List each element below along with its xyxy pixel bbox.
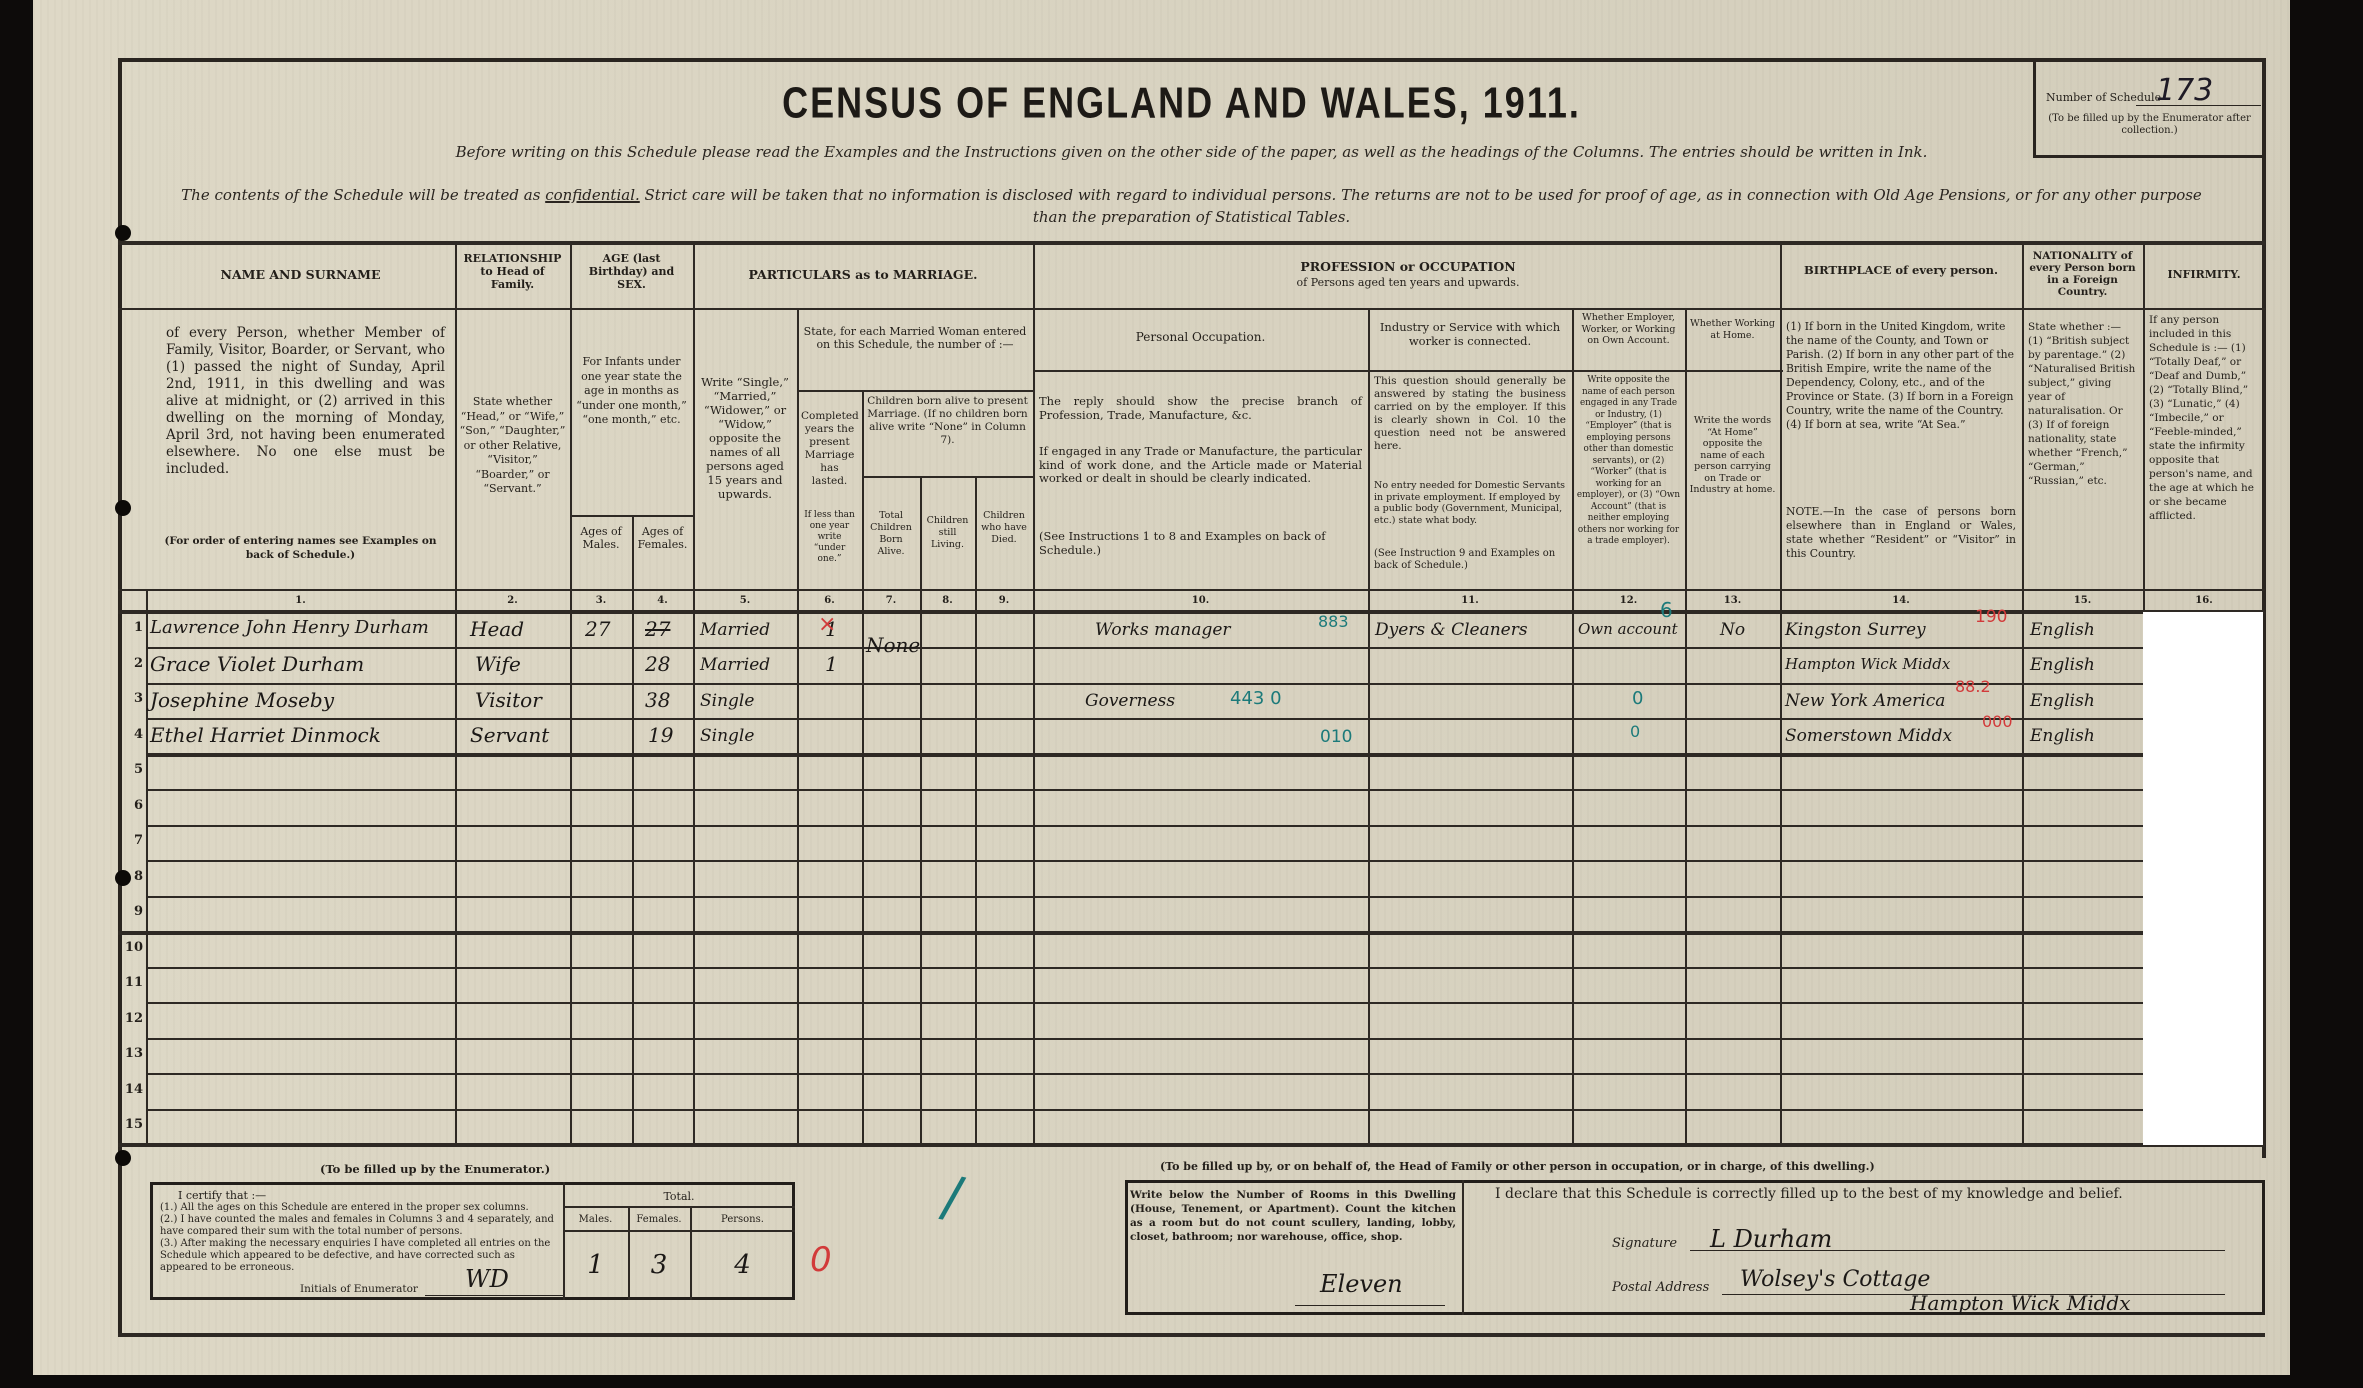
row4-occupation-code: 010 bbox=[1320, 727, 1352, 747]
col-number: 7. bbox=[862, 590, 920, 612]
row3-relationship: Visitor bbox=[475, 688, 542, 712]
col6-note: If less than one year write “under one.” bbox=[797, 510, 862, 565]
col5-heading: PARTICULARS as to MARRIAGE. bbox=[693, 268, 1033, 282]
row-line bbox=[146, 967, 2143, 969]
row-line bbox=[146, 753, 2143, 757]
row4-birthplace-code: 000 bbox=[1982, 712, 2013, 731]
col13-title: Whether Working at Home. bbox=[1685, 318, 1780, 341]
row2-age-female: 28 bbox=[645, 652, 670, 676]
row1-children-born: None bbox=[866, 633, 920, 657]
col14-note: NOTE.—In the case of persons born elsewh… bbox=[1780, 505, 2022, 561]
persons-label: Persons. bbox=[690, 1213, 795, 1226]
row-number: 10 bbox=[118, 940, 146, 955]
col-number: 1. bbox=[146, 590, 455, 612]
col2-heading: RELATIONSHIP to Head of Family. bbox=[455, 252, 570, 291]
col15-heading: NATIONALITY of every Person born in a Fo… bbox=[2022, 250, 2143, 298]
row1-relationship: Head bbox=[470, 617, 524, 641]
enumerator-certify: I certify that :— bbox=[178, 1189, 266, 1202]
married-woman-divider bbox=[797, 390, 1033, 392]
signature-label: Signature bbox=[1612, 1237, 1677, 1250]
row1-marriage: Married bbox=[700, 620, 770, 640]
frame-bottom bbox=[118, 1333, 2265, 1337]
col-number: 16. bbox=[2143, 590, 2265, 612]
row-line bbox=[118, 931, 2143, 935]
total-label: Total. bbox=[563, 1190, 795, 1203]
head-label: (To be filled up by, or on behalf of, th… bbox=[1160, 1160, 1875, 1173]
children-group: Children born alive to present Marriage.… bbox=[862, 395, 1033, 447]
row2-birthplace: Hampton Wick Middx bbox=[1785, 655, 1950, 673]
row3-birthplace: New York America bbox=[1785, 691, 1945, 711]
enumerator-item1: (1.) All the ages on this Schedule are e… bbox=[160, 1202, 565, 1214]
col4-sub: Ages of Females. bbox=[632, 525, 693, 551]
col-line bbox=[1033, 243, 1035, 1145]
total-males: 1 bbox=[563, 1250, 628, 1280]
col-number: 15. bbox=[2022, 590, 2143, 612]
row-line bbox=[146, 860, 2143, 862]
row3-birthplace-code: 88.2 bbox=[1955, 677, 1991, 696]
col-line bbox=[146, 590, 148, 1145]
row1-birthplace-code: 190 bbox=[1975, 607, 2007, 627]
row-number: 13 bbox=[118, 1046, 146, 1061]
col1-heading: NAME AND SURNAME bbox=[146, 268, 455, 282]
col5-body: Write “Single,” “Married,” “Widower,” or… bbox=[693, 375, 797, 501]
confidential-word: confidential. bbox=[545, 186, 640, 204]
address-line1: Wolsey's Cottage bbox=[1740, 1267, 1930, 1292]
col3-body: For Infants under one year state the age… bbox=[570, 355, 693, 428]
row3-occupation: Governess bbox=[1085, 691, 1175, 711]
col13-body: Write the words “At Home” opposite the n… bbox=[1685, 415, 1780, 496]
total-females: 3 bbox=[628, 1250, 690, 1280]
row2-relationship: Wife bbox=[475, 652, 521, 676]
married-woman-group: State, for each Married Woman entered on… bbox=[797, 325, 1033, 351]
col7-body: Total Children Born Alive. bbox=[862, 510, 920, 558]
red-cross-mark: × bbox=[818, 612, 836, 637]
initials-label: Initials of Enumerator bbox=[300, 1283, 418, 1296]
row-line bbox=[146, 683, 2143, 685]
occupation-heading-sub: of Persons aged ten years and upwards. bbox=[1033, 276, 1783, 290]
row-number: 1 bbox=[118, 620, 146, 635]
rooms-value: Eleven bbox=[1320, 1270, 1403, 1298]
col-number: 11. bbox=[1368, 590, 1572, 612]
row1-name: Lawrence John Henry Durham bbox=[150, 617, 429, 638]
row2-marriage: Married bbox=[700, 655, 770, 675]
row-number: 11 bbox=[118, 975, 146, 990]
punch-hole bbox=[115, 500, 131, 516]
row3-employment-code: 0 bbox=[1632, 688, 1643, 709]
col11-body: This question should generally be answer… bbox=[1368, 375, 1572, 453]
col10-note: (See Instructions 1 to 8 and Examples on… bbox=[1033, 530, 1368, 557]
col14-heading: BIRTHPLACE of every person. bbox=[1780, 263, 2022, 277]
redacted-infirmity-column bbox=[2143, 612, 2263, 1145]
col15-body: State whether :— (1) “British subject by… bbox=[2022, 320, 2143, 488]
col-number: 4. bbox=[632, 590, 693, 612]
row-number: 4 bbox=[118, 727, 146, 742]
declaration-text: I declare that this Schedule is correctl… bbox=[1495, 1188, 2123, 1201]
col10-body2: If engaged in any Trade or Manufacture, … bbox=[1033, 445, 1368, 486]
schedule-number-value: 173 bbox=[2156, 73, 2213, 108]
row-line bbox=[146, 1073, 2143, 1075]
schedule-number-box: Number of Schedule 173 (To be filled up … bbox=[2033, 58, 2265, 158]
col-number: 2. bbox=[455, 590, 570, 612]
col-number: 3. bbox=[570, 590, 632, 612]
row-number: 14 bbox=[118, 1082, 146, 1097]
row-number: 9 bbox=[118, 904, 146, 919]
row4-relationship: Servant bbox=[470, 723, 549, 747]
total-persons: 4 bbox=[690, 1250, 795, 1280]
row4-nationality: English bbox=[2030, 726, 2095, 746]
instruction-line: Before writing on this Schedule please r… bbox=[118, 143, 2265, 161]
row4-birthplace: Somerstown Middx bbox=[1785, 726, 1952, 746]
page-title: CENSUS OF ENGLAND AND WALES, 1911. bbox=[0, 78, 2363, 128]
row3-nationality: English bbox=[2030, 691, 2095, 711]
row4-marriage: Single bbox=[700, 726, 754, 746]
row-number: 6 bbox=[118, 798, 146, 813]
schedule-number-label: Number of Schedule bbox=[2046, 91, 2161, 104]
col3-heading: AGE (last Birthday) and SEX. bbox=[570, 252, 693, 291]
row3-name: Josephine Moseby bbox=[150, 688, 334, 712]
red-zero-mark: 0 bbox=[810, 1240, 832, 1280]
initials-line bbox=[425, 1295, 563, 1296]
row4-name: Ethel Harriet Dinmock bbox=[150, 723, 381, 747]
row-number: 8 bbox=[118, 869, 146, 884]
row4-age-female: 19 bbox=[648, 723, 673, 747]
col-number: 10. bbox=[1033, 590, 1368, 612]
header-divider bbox=[118, 308, 2265, 310]
row1-employment-code: 6 bbox=[1660, 598, 1673, 622]
col-number: 13. bbox=[1685, 590, 1780, 612]
row2-years-married: 1 bbox=[825, 652, 838, 676]
row1-age-female-struck: 27 bbox=[645, 617, 670, 641]
row3-age-female: 38 bbox=[645, 688, 670, 712]
males-label: Males. bbox=[563, 1213, 628, 1226]
row-line bbox=[146, 896, 2143, 898]
row-line bbox=[146, 1038, 2143, 1040]
enumerator-initials: WD bbox=[465, 1265, 509, 1293]
row-number: 15 bbox=[118, 1117, 146, 1132]
confidential-rest: Strict care will be taken that no inform… bbox=[640, 186, 2202, 204]
row1-at-home: No bbox=[1720, 620, 1745, 640]
row-number: 3 bbox=[118, 691, 146, 706]
row-line bbox=[146, 718, 2143, 720]
row1-occupation: Works manager bbox=[1095, 620, 1231, 640]
occupation-heading: PROFESSION or OCCUPATION bbox=[1033, 260, 1783, 274]
row1-nationality: English bbox=[2030, 620, 2095, 640]
signature-value: L Durham bbox=[1710, 1225, 1832, 1253]
col10-title: Personal Occupation. bbox=[1033, 330, 1368, 344]
row1-birthplace: Kingston Surrey bbox=[1785, 620, 1926, 640]
rooms-line bbox=[1295, 1305, 1445, 1306]
row2-name: Grace Violet Durham bbox=[150, 652, 364, 676]
confidential-line: The contents of the Schedule will be tre… bbox=[118, 186, 2265, 204]
col16-body: If any person included in this Schedule … bbox=[2143, 313, 2265, 523]
row1-age-male: 27 bbox=[585, 617, 610, 641]
col-line bbox=[975, 476, 977, 1145]
col3-sub: Ages of Males. bbox=[570, 525, 632, 551]
head-box-divider bbox=[1462, 1180, 1464, 1315]
address-line2: Hampton Wick Middx bbox=[1910, 1291, 2131, 1315]
col11-body2: No entry needed for Domestic Servants in… bbox=[1368, 480, 1572, 526]
col6-body: Completed years the present Marriage has… bbox=[797, 410, 862, 488]
row1-industry: Dyers & Cleaners bbox=[1375, 620, 1528, 640]
col-line bbox=[455, 243, 457, 1145]
row-line bbox=[146, 825, 2143, 827]
females-label: Females. bbox=[628, 1213, 690, 1226]
row-line bbox=[146, 1109, 2143, 1111]
row-number: 7 bbox=[118, 833, 146, 848]
col16-heading: INFIRMITY. bbox=[2143, 268, 2265, 282]
row-number: 12 bbox=[118, 1011, 146, 1026]
col1-note: (For order of entering names see Example… bbox=[146, 535, 455, 562]
col-number: 8. bbox=[920, 590, 975, 612]
occupation-subdivider bbox=[1033, 370, 1783, 372]
col-number: 9. bbox=[975, 590, 1033, 612]
punch-hole bbox=[115, 225, 131, 241]
col12-body: Write opposite the name of each person e… bbox=[1572, 375, 1685, 548]
confidential-line-2: than the preparation of Statistical Tabl… bbox=[118, 208, 2265, 226]
row-number: 5 bbox=[118, 762, 146, 777]
rooms-instruction: Write below the Number of Rooms in this … bbox=[1130, 1188, 1456, 1244]
col11-title: Industry or Service with which worker is… bbox=[1368, 320, 1572, 348]
col12-title: Whether Employer, Worker, or Working on … bbox=[1572, 312, 1685, 347]
col-number: 6. bbox=[797, 590, 862, 612]
col-line bbox=[920, 476, 922, 1145]
row-line bbox=[146, 789, 2143, 791]
col9-body: Children who have Died. bbox=[975, 510, 1033, 546]
enumerator-label: (To be filled up by the Enumerator.) bbox=[320, 1162, 550, 1176]
col11-note: (See Instruction 9 and Examples on back … bbox=[1368, 548, 1572, 572]
row-line bbox=[146, 647, 2143, 649]
col1-body: of every Person, whether Member of Famil… bbox=[146, 325, 455, 478]
col-line bbox=[862, 390, 864, 1145]
grid-top-line bbox=[118, 241, 2265, 245]
confidential-prefix: The contents of the Schedule will be tre… bbox=[181, 186, 545, 204]
total-header-line bbox=[563, 1206, 795, 1208]
col-number: 5. bbox=[693, 590, 797, 612]
punch-hole bbox=[115, 1150, 131, 1166]
grid-bottom-line bbox=[118, 1143, 2265, 1147]
col2-body: State whether “Head,” or “Wife,” “Son,” … bbox=[455, 395, 570, 497]
row1-employment: Own account bbox=[1578, 620, 1678, 638]
row-line bbox=[146, 1002, 2143, 1004]
schedule-number-note: (To be filled up by the Enumerator after… bbox=[2042, 113, 2257, 137]
row3-marriage: Single bbox=[700, 691, 754, 711]
row2-nationality: English bbox=[2030, 655, 2095, 675]
row3-occupation-code: 443 0 bbox=[1230, 688, 1282, 709]
children-divider bbox=[862, 476, 1033, 478]
total-sub-line bbox=[563, 1230, 795, 1232]
row4-employment-code: 0 bbox=[1630, 722, 1640, 741]
col8-body: Children still Living. bbox=[920, 515, 975, 551]
col14-body: (1) If born in the United Kingdom, write… bbox=[1780, 320, 2022, 432]
row1-occupation-code: 883 bbox=[1318, 612, 1349, 631]
col10-body: The reply should show the precise branch… bbox=[1033, 395, 1368, 422]
address-label: Postal Address bbox=[1612, 1281, 1709, 1294]
row-number: 2 bbox=[118, 656, 146, 671]
enumerator-item2: (2.) I have counted the males and female… bbox=[160, 1214, 565, 1238]
